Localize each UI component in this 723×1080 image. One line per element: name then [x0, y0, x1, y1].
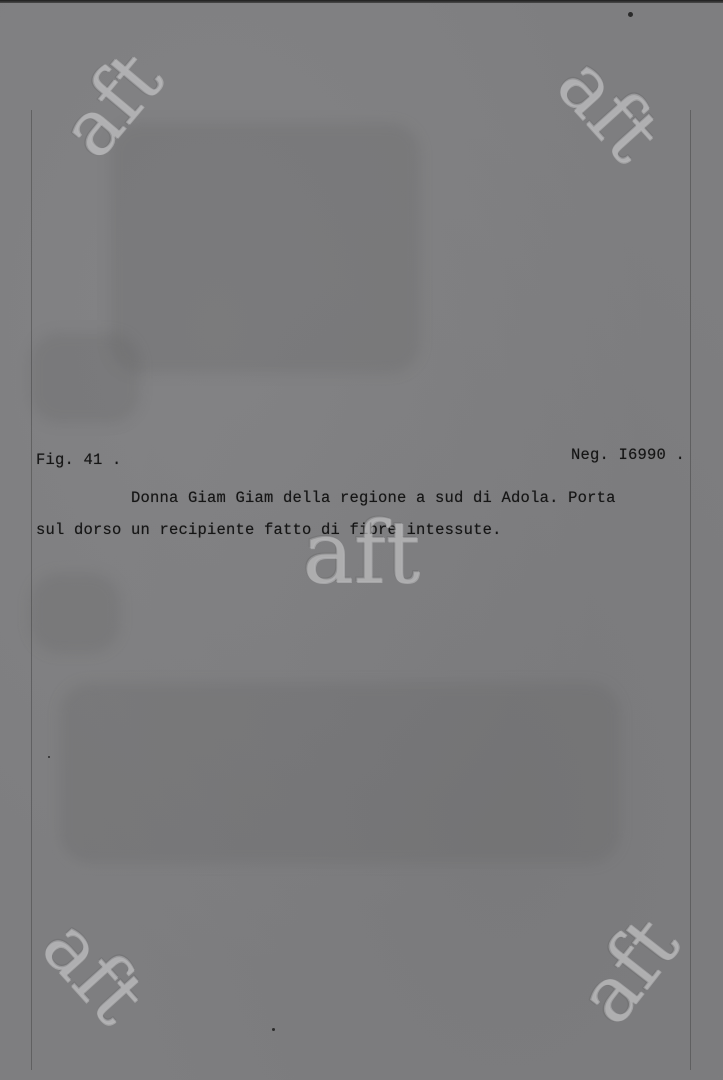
show-through-shadow — [60, 683, 620, 863]
dust-speck — [272, 1028, 275, 1031]
dust-speck — [48, 756, 50, 758]
figure-label: Fig. 41 . — [36, 451, 122, 469]
document-sheet — [0, 3, 723, 1080]
dust-speck — [628, 12, 633, 17]
show-through-shadow — [110, 123, 420, 373]
page-margin-line-right — [690, 110, 691, 1070]
caption-line-1: Donna Giam Giam della regione a sud di A… — [131, 489, 616, 507]
negative-number: Neg. I6990 . — [571, 446, 685, 464]
show-through-shadow — [30, 333, 140, 423]
page-margin-line-left — [31, 110, 32, 1070]
show-through-shadow — [30, 573, 120, 653]
caption-line-2: sul dorso un recipiente fatto di fibre i… — [36, 521, 502, 539]
